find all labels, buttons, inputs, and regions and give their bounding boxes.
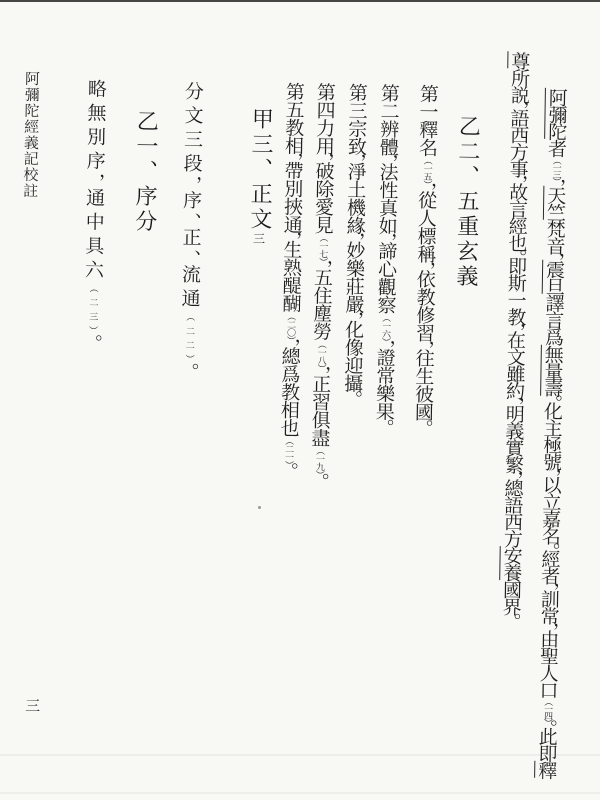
scan-streak [0,792,600,794]
text-run: 第三宗致 [345,83,368,155]
punctuation: 。 [81,333,103,357]
footnote-number: （一九） [314,446,324,474]
text-run: 略無別序 [84,79,108,175]
proper-noun-mark: 無量壽 [540,344,564,395]
text-run: 訓常 [538,589,561,623]
text-run: 明義實繁 [502,404,525,472]
text-run: 故言經也 [505,182,528,250]
text-run: 諦心觀察 [374,241,397,313]
text-run: 分文三段 [180,81,204,177]
proper-noun-mark: 尊 [507,51,530,68]
text-run: 從人標稱 [414,190,437,262]
heading-yi1-xufen: 乙一、序分 [131,109,160,234]
footnote-number: （二二） [184,312,195,364]
text-run: 第五教相 [282,82,305,154]
punctuation: 。 [372,418,394,436]
scan-streak [0,754,600,756]
text-run: 化像迎攝 [341,320,364,392]
text-run: 流通 [178,264,201,312]
book-page: 阿彌陀者（一三），天竺梵音，震旦譯言爲無量壽。化主極號，以立嘉名。經者，訓常，由… [0,0,600,800]
text-column-di5-jiaoxiang: 第五教相，帶別挾通，生熟醍醐（二〇），總爲教相也（二一）。 [276,82,305,471]
proper-noun-mark: 震旦 [542,259,566,293]
text-run: 甲三、正文 [247,107,274,232]
text-run: 乙一、序分 [132,109,159,234]
proper-noun-mark: 天竺 [543,185,567,219]
text-run: 正習俱盡 [308,374,331,446]
punctuation: 。 [411,418,433,436]
text-column-di2-bianti: 第二辨體，法性真如，諦心觀察（一六），證常樂果。 [372,83,400,427]
text-run: 妙樂莊嚴 [342,241,365,313]
proper-noun-mark: 釋 [534,761,557,778]
text-column-di3-zongzhi: 第三宗致，淨土機緣，妙樂莊嚴，化像迎攝。 [340,83,368,399]
text-run: 以立嘉名 [539,475,562,543]
proper-noun-mark: 安養 [499,546,523,580]
running-title: 阿彌陀經義記校註 [20,71,41,199]
punctuation: 。 [277,462,299,480]
heading-yi2-wuchongxuanyi: 乙二、五重玄義 [452,114,482,289]
text-run: 經者 [538,549,561,583]
text-run: 即斯一教 [504,256,527,324]
proper-noun-mark: 阿彌陀 [544,88,568,139]
punctuation: 。 [177,362,199,386]
text-run: 第二辨體 [377,83,400,155]
text-run: 證常樂果 [373,348,396,420]
heading-jia3-zhengwen: 甲三、正文三 [244,107,274,247]
footnote-number: （一七） [317,233,327,261]
text-run: 國界 [500,580,523,614]
scan-layer: 阿彌陀者（一三），天竺梵音，震旦譯言爲無量壽。化主極號，以立嘉名。經者，訓常，由… [0,0,600,800]
scan-speck [258,506,261,509]
text-run: 序 [180,190,202,214]
text-run: 化主極號 [540,401,563,469]
footnote-number: （一三） [550,156,560,180]
footnote-number: （一五） [421,156,431,184]
text-run: 帶別挾通 [281,161,304,233]
text-run: 總爲教相也 [277,346,300,436]
text-run: 往生彼國 [412,348,435,420]
page-number: 三 [22,698,41,713]
text-run: 通中具六 [82,188,106,284]
text-run: 淨土機緣 [344,162,367,234]
text-run: 由聖人口 [536,629,559,697]
text-run: 乙二、五重玄義 [453,114,481,289]
punctuation: 。 [341,390,363,408]
scan-edge-line-top [0,0,600,2]
text-run: 正 [179,227,201,251]
text-run: 依教修習 [413,269,436,341]
footnote-number: （二〇） [285,312,295,340]
text-column-di4-liyong: 第四力用，破除愛見（一七），五住塵勞（一八），正習俱盡（一九）。 [307,82,336,481]
text-run: 生熟醍醐 [279,240,302,312]
punctuation: 。 [499,612,521,629]
text-column-amituozhe: 阿彌陀者（一三），天竺梵音，震旦譯言爲無量壽。化主極號，以立嘉名。經者，訓常，由… [534,88,568,778]
footnote-number: （二三） [87,284,98,336]
text-column-di1-shiming: 第一釋名（一五），從人標稱，依教修習，往生彼國。 [411,84,439,428]
text-run: 第四力用 [313,82,336,154]
text-column-lvewubiexu: 略無別序，通中具六（二三）。 [80,79,107,349]
text-run: 梵音 [543,219,566,253]
text-run: 法性真如 [376,162,399,234]
footnote-number: （一八） [316,340,326,368]
text-run: 語西方事 [507,108,530,176]
text-run: 所説 [508,68,531,102]
footnote-number: （一六） [380,313,390,341]
footnote-number: （一四） [542,697,552,721]
small-annotation: 三 [251,232,265,247]
footnote-number: （二一） [283,436,293,464]
punctuation: 。 [308,472,330,490]
text-run: 者 [545,139,567,156]
text-run: 總語西方 [501,478,524,546]
text-run: 譯言爲 [542,293,565,344]
text-column-zunsuoshuo: 尊所説，語西方事，故言經也。即斯一教，在文雖約，明義實繁，總語西方安養國界。 [499,51,531,620]
text-column-fenwensanduan: 分文三段，序、正、流通（二二）。 [176,81,204,377]
text-run: 第一釋名 [416,84,439,156]
text-run: 在文雖約 [503,330,526,398]
text-run: 破除愛見 [312,161,335,233]
text-run: 五住塵勞 [310,268,333,340]
